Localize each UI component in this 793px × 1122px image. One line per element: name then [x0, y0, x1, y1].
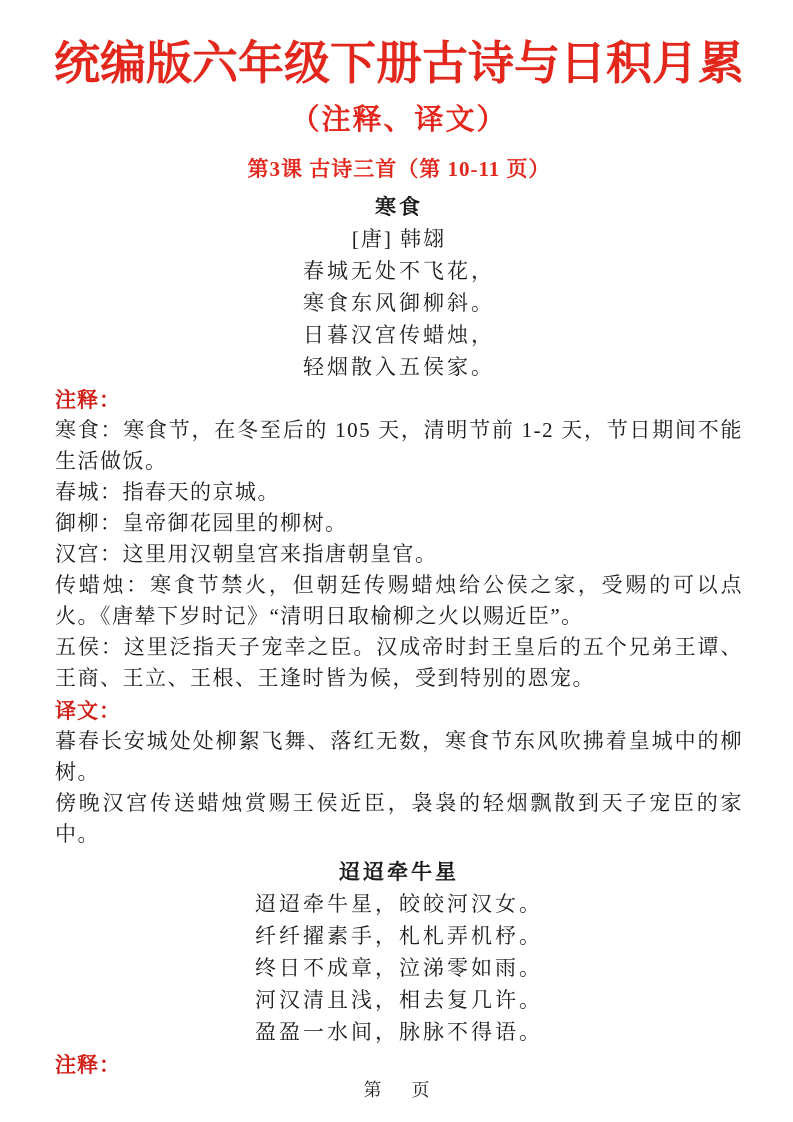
lesson-heading: 第3课 古诗三首（第 10-11 页）	[55, 153, 743, 183]
translation-item: 暮春长安城处处柳絮飞舞、落红无数，寒食节东风吹拂着皇城中的柳树。	[55, 726, 743, 788]
document-page: 统编版六年级下册古诗与日积月累 （注释、译文） 第3课 古诗三首（第 10-11…	[0, 0, 793, 1122]
poem-hanshi: 寒食 [唐] 韩翃 春城无处不飞花， 寒食东风御柳斜。 日暮汉宫传蜡烛， 轻烟散…	[55, 191, 743, 383]
poem-tiaotiao-title: 迢迢牵牛星	[55, 856, 743, 888]
translation-item: 傍晚汉宫传送蜡烛赏赐王侯近臣，袅袅的轻烟飘散到天子宠臣的家中。	[55, 788, 743, 850]
poem-line: 寒食东风御柳斜。	[55, 287, 743, 319]
poem-line: 盈盈一水间，脉脉不得语。	[55, 1016, 743, 1048]
poem-tiaotiao: 迢迢牵牛星 迢迢牵牛星，皎皎河汉女。 纤纤擢素手，札札弄机杼。 终日不成章，泣涕…	[55, 856, 743, 1048]
page-footer: 第页	[0, 1076, 793, 1102]
footer-page-suffix: 页	[412, 1080, 430, 1100]
poem-line: 河汉清且浅，相去复几许。	[55, 984, 743, 1016]
annotation-item: 春城：指春天的京城。	[55, 477, 743, 508]
annotation-item: 汉宫：这里用汉朝皇宫来指唐朝皇官。	[55, 539, 743, 570]
poem-line: 轻烟散入五侯家。	[55, 351, 743, 383]
translation-hanshi: 暮春长安城处处柳絮飞舞、落红无数，寒食节东风吹拂着皇城中的柳树。 傍晚汉宫传送蜡…	[55, 726, 743, 850]
annotation-item: 寒食：寒食节，在冬至后的 105 天，清明节前 1-2 天，节日期间不能生活做饭…	[55, 415, 743, 477]
annotation-item: 五侯：这里泛指天子宠幸之臣。汉成帝时封王皇后的五个兄弟王谭、王商、王立、王根、王…	[55, 632, 743, 694]
annotation-item: 御柳：皇帝御花园里的柳树。	[55, 508, 743, 539]
footer-page-prefix: 第	[364, 1080, 382, 1100]
poem-line: 日暮汉宫传蜡烛，	[55, 319, 743, 351]
document-title: 统编版六年级下册古诗与日积月累	[21, 36, 777, 90]
poem-hanshi-author: [唐] 韩翃	[55, 223, 743, 255]
translation-label-hanshi: 译文：	[55, 696, 743, 726]
poem-line: 春城无处不飞花，	[55, 255, 743, 287]
annotations-hanshi: 寒食：寒食节，在冬至后的 105 天，清明节前 1-2 天，节日期间不能生活做饭…	[55, 415, 743, 694]
document-subtitle: （注释、译文）	[55, 97, 743, 138]
poem-line: 终日不成章，泣涕零如雨。	[55, 952, 743, 984]
poem-hanshi-title: 寒食	[55, 191, 743, 223]
annotations-label-hanshi: 注释：	[55, 385, 743, 415]
annotation-item: 传蜡烛：寒食节禁火，但朝廷传赐蜡烛给公侯之家，受赐的可以点火。《唐辇下岁时记》“…	[55, 570, 743, 632]
poem-line: 迢迢牵牛星，皎皎河汉女。	[55, 888, 743, 920]
poem-line: 纤纤擢素手，札札弄机杼。	[55, 920, 743, 952]
